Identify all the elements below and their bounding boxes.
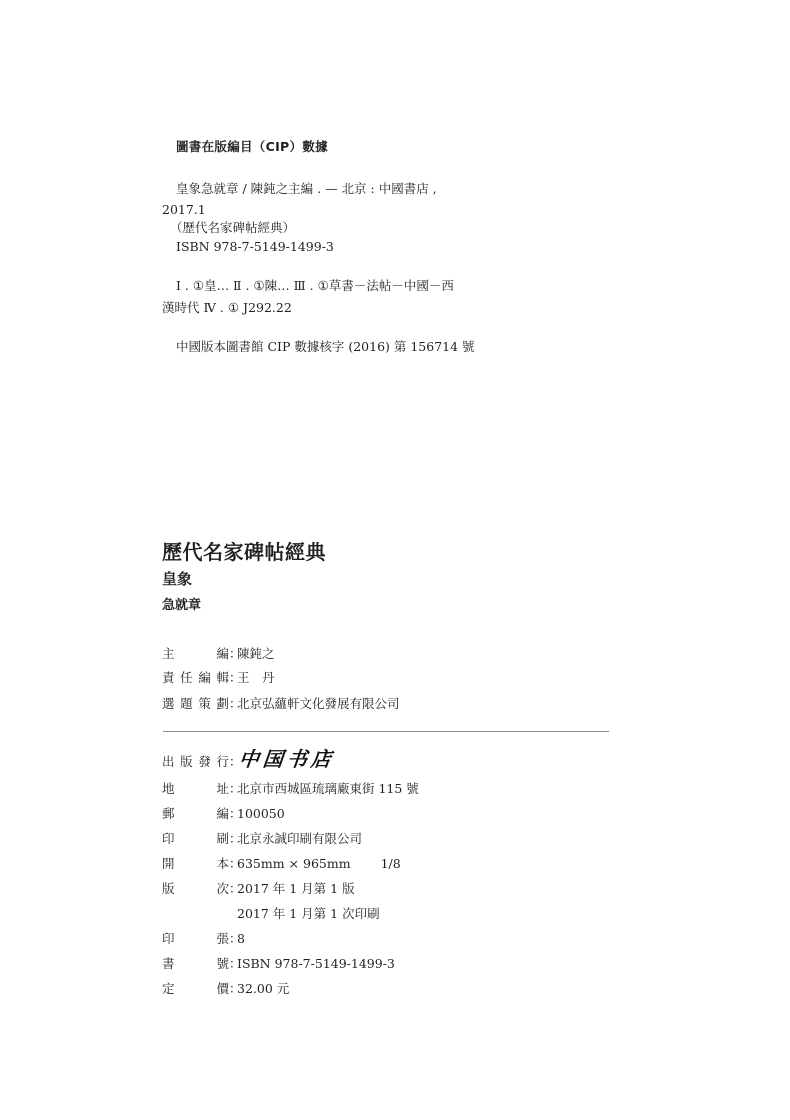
colon: ： [229,779,237,797]
cip-line-isbn: ISBN 978-7-5149-1499-3 [176,237,334,257]
author-title: 皇象 [162,568,192,589]
detail-label: 印 刷 [162,829,229,847]
detail-value: 2017 年 1 月第 1 版 [237,879,355,897]
colon: ： [229,694,237,712]
detail-value: 2017 年 1 月第 1 次印刷 [237,904,380,922]
detail-label: 書 號 [162,954,229,972]
credit-value: 北京弘蘊軒文化發展有限公司 [237,694,400,712]
publisher-logo: 中国书店 [238,749,336,769]
credit-row-planning: 選題策劃：北京弘蘊軒文化發展有限公司 [162,694,400,712]
publisher-row: 出版發行：中国书店 [162,749,335,770]
colon: ： [229,979,237,997]
detail-label: 地 址 [162,779,229,797]
cip-record-number: 中國版本圖書館 CIP 數據核字 (2016) 第 156714 號 [176,337,475,357]
credit-label: 責任編輯 [162,668,229,686]
colon: ： [229,668,237,686]
credit-row-responsible-editor: 責任編輯：王 丹 [162,668,275,686]
detail-label: 版 次 [162,879,229,897]
colon: ： [229,804,237,822]
detail-row-postcode: 郵 編：100050 [162,804,285,822]
detail-label: 定 價 [162,979,229,997]
detail-label: 郵 編 [162,804,229,822]
colon: ： [229,954,237,972]
colon: ： [229,879,237,897]
credit-value: 王 丹 [237,668,275,686]
cip-line-series: （歷代名家碑帖經典） [170,218,295,238]
colon: ： [229,854,237,872]
cip-heading: 圖書在版編目（CIP）數據 [176,137,328,155]
detail-row-isbn: 書 號：ISBN 978-7-5149-1499-3 [162,954,395,972]
series-title: 歷代名家碑帖經典 [162,536,326,565]
detail-value: 32.00 元 [237,979,289,997]
detail-value: 北京市西城區琉璃廠東街 115 號 [237,779,419,797]
detail-row-printing: 2017 年 1 月第 1 次印刷 [162,904,380,922]
cip-classification-line-2: 漢時代 Ⅳ . ① J292.22 [162,298,292,318]
detail-value: 8 [237,931,245,946]
detail-row-format: 開 本：635mm × 965mm1/8 [162,854,401,872]
detail-row-sheets: 印 張：8 [162,929,245,947]
detail-value: 635mm × 965mm [237,856,351,871]
colon: ： [229,644,237,662]
work-title: 急就章 [162,594,201,613]
cip-classification-line-1: Ⅰ . ①皇… Ⅱ . ①陳… Ⅲ . ①草書－法帖－中國－西 [176,276,454,296]
credit-row-chief-editor: 主 編：陳鈍之 [162,644,275,662]
detail-row-price: 定 價：32.00 元 [162,979,289,997]
cip-line-date: 2017.1 [162,200,206,220]
publisher-label: 出版發行 [162,752,229,770]
credit-label: 主 編 [162,644,229,662]
detail-extra: 1/8 [381,856,401,871]
detail-row-printer: 印 刷：北京永誠印刷有限公司 [162,829,362,847]
detail-value: 北京永誠印刷有限公司 [237,829,362,847]
credit-value: 陳鈍之 [237,644,275,662]
colon: ： [229,829,237,847]
divider [163,731,609,732]
detail-row-edition: 版 次：2017 年 1 月第 1 版 [162,879,355,897]
detail-row-address: 地 址：北京市西城區琉璃廠東街 115 號 [162,779,419,797]
detail-label: 開 本 [162,854,229,872]
colon: ： [229,752,237,770]
detail-label: 印 張 [162,929,229,947]
credit-label: 選題策劃 [162,694,229,712]
detail-value: ISBN 978-7-5149-1499-3 [237,956,395,971]
detail-value: 100050 [237,806,285,821]
cip-line-title: 皇象急就章 / 陳鈍之主編 . — 北京 : 中國書店 , [176,179,437,199]
colon: ： [229,929,237,947]
